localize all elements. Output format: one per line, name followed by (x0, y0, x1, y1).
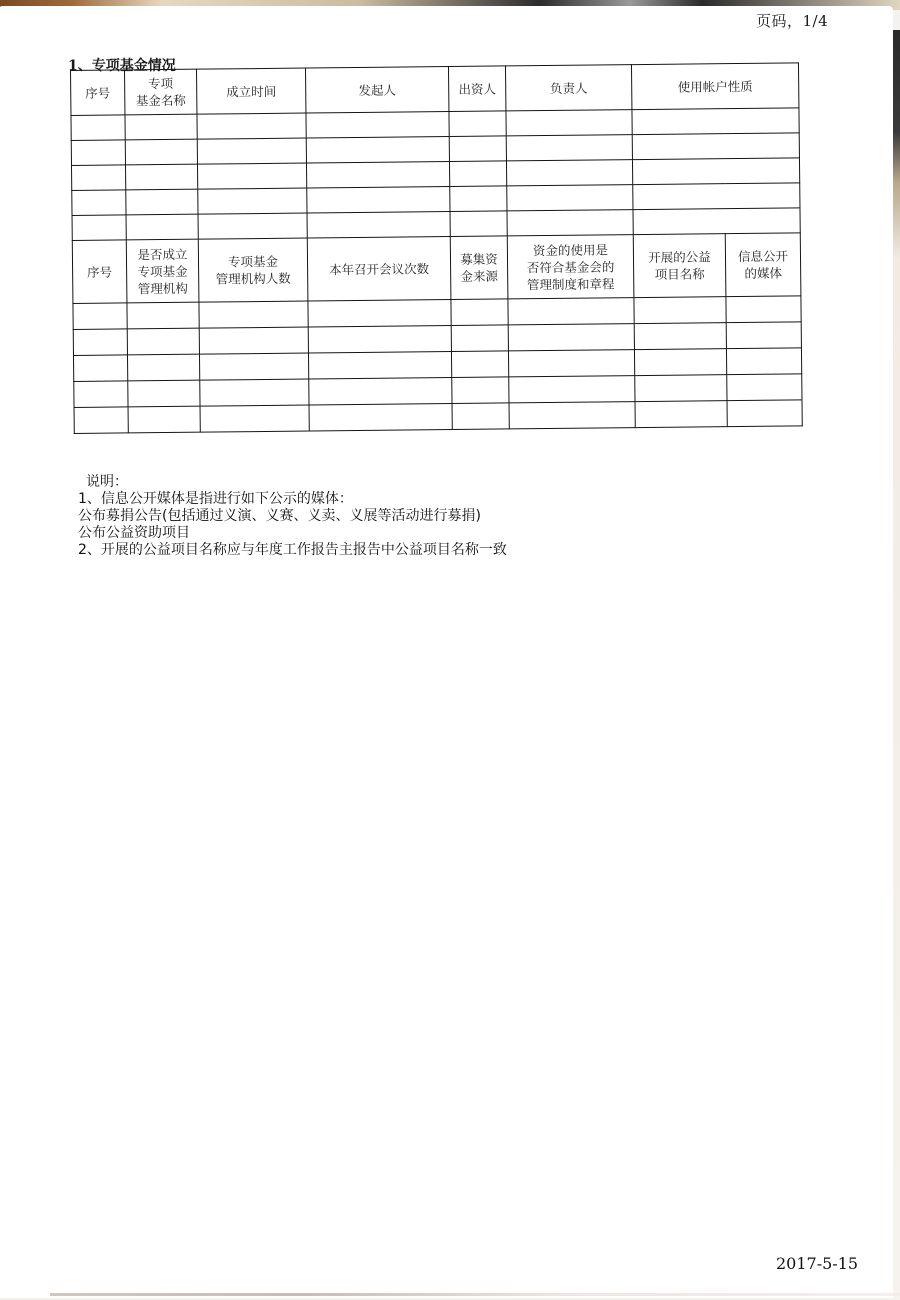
table1-header-cell: 出资人 (448, 66, 505, 112)
table-cell (74, 381, 128, 408)
table-cell (306, 137, 449, 163)
table-cell (71, 115, 125, 141)
table1-header-cell: 序号 (71, 70, 125, 116)
table-cell (73, 329, 127, 356)
table-cell (452, 403, 509, 430)
table2-header-cell: 资金的使用是 否符合基金会的 管理制度和章程 (507, 235, 634, 299)
table-cell (451, 325, 508, 352)
table-cell (507, 185, 633, 211)
table2-header-cell: 是否成立 专项基金 管理机构 (126, 239, 199, 303)
table-cell (200, 405, 309, 432)
note-line: 2、开展的公益项目名称应与年度工作报告主报告中公益项目名称一致 (78, 542, 507, 559)
table-cell (199, 301, 308, 328)
table-cell (451, 299, 508, 326)
table-cell (308, 326, 451, 353)
table-cell (127, 302, 199, 329)
special-fund-table-wrap: 序号 专项 基金名称 成立时间 发起人 出资人 负责人 使用帐户性质 (70, 62, 802, 434)
table-cell (634, 297, 726, 324)
table-cell (72, 215, 126, 241)
table-cell (633, 183, 800, 210)
table-cell (306, 112, 449, 138)
table-cell (450, 186, 507, 212)
table1-header-cell: 使用帐户性质 (631, 63, 798, 110)
table2-header-cell: 开展的公益 项目名称 (633, 234, 726, 298)
table-cell (197, 138, 306, 164)
table-cell (309, 378, 452, 405)
page-bottom-edge (50, 1293, 900, 1296)
print-date: 2017-5-15 (776, 1254, 858, 1273)
table-cell (506, 135, 632, 161)
table-cell (632, 158, 799, 185)
table2-header-cell: 序号 (72, 240, 127, 304)
table-cell (307, 187, 450, 213)
table-cell (307, 212, 450, 238)
table1-header-cell: 发起人 (305, 67, 448, 113)
table-cell (507, 210, 633, 236)
table-cell (451, 351, 508, 378)
table-cell (128, 406, 200, 433)
table-cell (199, 327, 308, 354)
table-cell (452, 377, 509, 404)
table-cell (635, 401, 727, 428)
table-cell (199, 353, 308, 380)
table-cell (197, 113, 306, 139)
table-cell (726, 322, 801, 349)
table-cell (509, 376, 635, 403)
note-line: 公布募捐公告(包括通过义演、义赛、义卖、义展等活动进行募捐) (78, 508, 507, 525)
table-cell (727, 400, 802, 427)
notes-title: 说明： (78, 474, 507, 491)
page-number: 页码，1/4 (756, 10, 828, 31)
table-cell (126, 214, 198, 240)
table-cell (125, 164, 197, 190)
table-cell (508, 324, 634, 351)
table-cell (73, 303, 127, 330)
table-cell (308, 300, 451, 327)
special-fund-table: 序号 专项 基金名称 成立时间 发起人 出资人 负责人 使用帐户性质 (70, 62, 803, 434)
table-cell (632, 108, 799, 135)
table-cell (73, 355, 127, 382)
table-cell (635, 375, 727, 402)
table-cell (74, 407, 128, 434)
table-cell (506, 110, 632, 136)
table-cell (309, 404, 452, 431)
table-cell (449, 111, 506, 137)
table-cell (509, 402, 635, 429)
table-cell (633, 208, 800, 235)
page-edge-shadow (893, 30, 900, 1300)
table-cell (449, 161, 506, 187)
notes-section: 说明： 1、信息公开媒体是指进行如下公示的媒体： 公布募捐公告(包括通过义演、义… (78, 474, 507, 559)
table2-header-cell: 专项基金 管理机构人数 (198, 238, 308, 302)
table2-header-cell: 信息公开 的媒体 (725, 233, 801, 297)
table-cell (198, 213, 307, 239)
table-cell (127, 354, 199, 381)
table-cell (726, 296, 801, 323)
table-cell (450, 211, 507, 237)
table-cell (125, 139, 197, 165)
table2-header-cell: 募集资 金来源 (450, 236, 508, 300)
table2-header-cell: 本年召开会议次数 (307, 237, 451, 301)
table1-header-cell: 成立时间 (196, 68, 305, 114)
table-cell (634, 323, 726, 350)
table-cell (506, 160, 632, 186)
table-cell (200, 379, 309, 406)
note-line: 1、信息公开媒体是指进行如下公示的媒体： (78, 491, 507, 508)
table-cell (634, 349, 726, 376)
table-cell (632, 133, 799, 160)
table-cell (197, 163, 306, 189)
table-cell (125, 114, 197, 140)
table-cell (126, 189, 198, 215)
table-cell (127, 328, 199, 355)
table2-header-row: 序号 是否成立 专项基金 管理机构 专项基金 管理机构人数 本年召开会议次数 募… (72, 233, 801, 304)
table-cell (726, 348, 801, 375)
table-cell (727, 374, 802, 401)
table1-header-row: 序号 专项 基金名称 成立时间 发起人 出资人 负责人 使用帐户性质 (71, 63, 799, 116)
table-cell (449, 136, 506, 162)
note-line: 公布公益资助项目 (78, 525, 507, 542)
table1-header-cell: 专项 基金名称 (125, 69, 197, 115)
table-cell (71, 140, 125, 166)
table-cell (306, 162, 449, 188)
table1-header-cell: 负责人 (505, 65, 631, 111)
table-cell (508, 298, 634, 325)
table-cell (308, 352, 451, 379)
table-cell (128, 380, 200, 407)
table-cell (508, 350, 634, 377)
table-cell (198, 188, 307, 214)
table-cell (72, 165, 126, 191)
table-cell (72, 190, 126, 216)
